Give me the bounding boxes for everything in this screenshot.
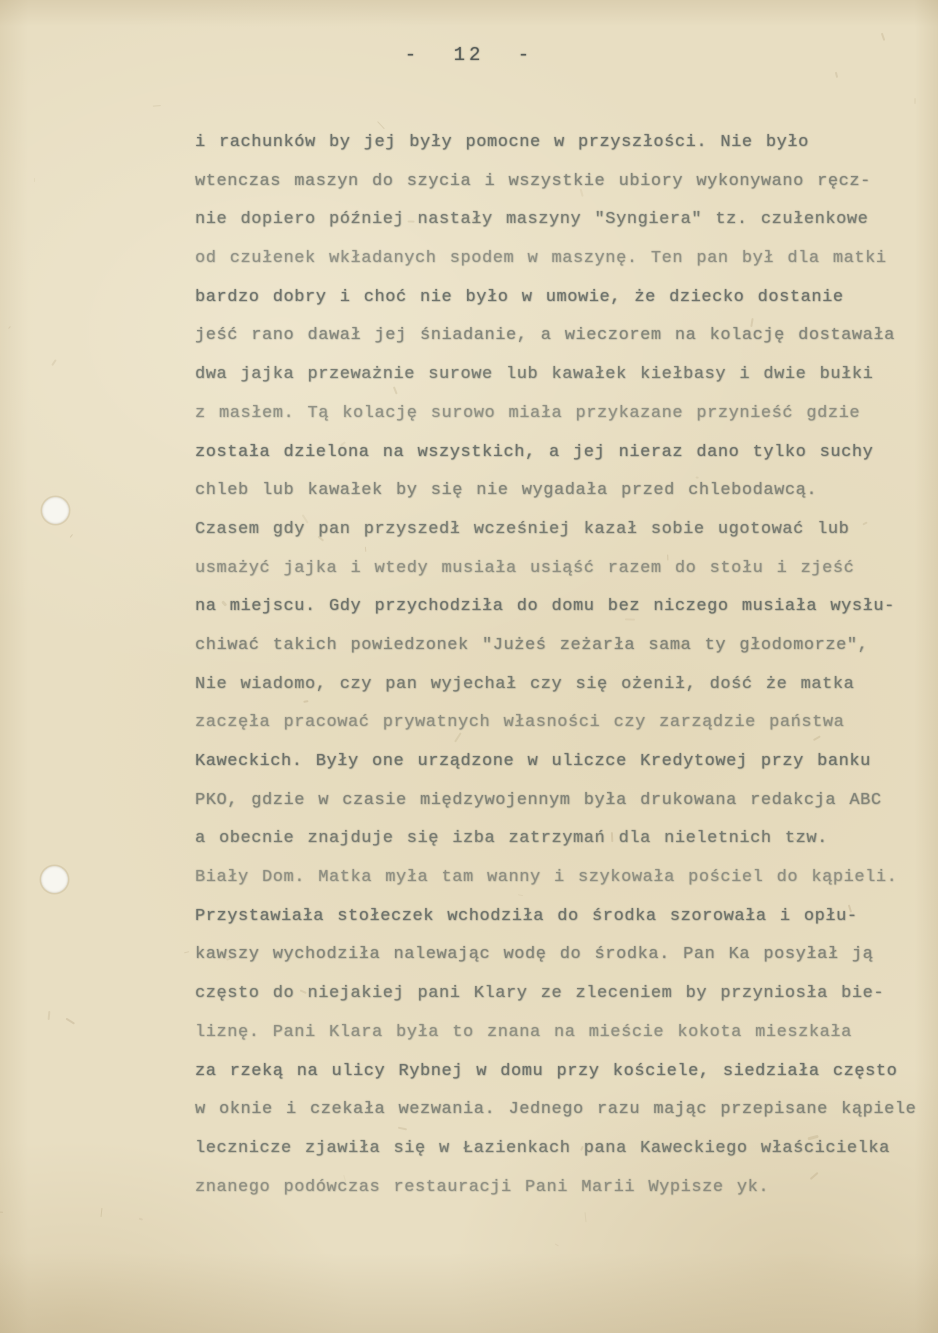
text-line: Nie wiadomo, czy pan wyjechał czy się oż… (195, 666, 895, 705)
text-line: w oknie i czekała wezwania. Jednego razu… (195, 1091, 895, 1130)
paper-speck (0, 1211, 3, 1213)
paper-speck (914, 98, 916, 104)
text-line: nie dopiero później nastały maszyny "Syn… (195, 201, 895, 240)
text-line: chleb lub kawałek by się nie wygadała pr… (195, 472, 895, 511)
page-number: - 12 - (0, 44, 938, 66)
text-line: dwa jajka przeważnie surowe lub kawałek … (195, 356, 895, 395)
text-line: jeść rano dawał jej śniadanie, a wieczor… (195, 317, 895, 356)
paper-speck (51, 359, 56, 366)
typewritten-text-block: i rachunków by jej były pomocne w przysz… (195, 124, 895, 1207)
text-line: liznę. Pani Klara była to znana na mieśc… (195, 1014, 895, 1053)
text-line: z masłem. Tą kolację surowo miała przyka… (195, 395, 895, 434)
paper-speck (8, 326, 11, 329)
paper-speck (34, 178, 35, 182)
text-line: kawszy wychodziła nalewając wodę do środ… (195, 936, 895, 975)
paper-speck (555, 1243, 559, 1246)
paper-speck (153, 105, 161, 107)
text-line: Czasem gdy pan przyszedł wcześniej kazał… (195, 511, 895, 550)
text-line: bardzo dobry i choć nie było w umowie, ż… (195, 279, 895, 318)
text-line: a obecnie znajduje się izba zatrzymań dl… (195, 820, 895, 859)
text-line: od czułenek wkładanych spodem w maszynę.… (195, 240, 895, 279)
text-line: i rachunków by jej były pomocne w przysz… (195, 124, 895, 163)
text-line: Biały Dom. Matka myła tam wanny i szykow… (195, 859, 895, 898)
text-line: Kaweckich. Były one urządzone w uliczce … (195, 743, 895, 782)
text-line: lecznicze zjawiła się w Łazienkach pana … (195, 1130, 895, 1169)
punch-hole-bottom (41, 866, 68, 893)
punch-hole-top (42, 497, 69, 524)
text-line: zaczęła pracować prywatnych własności cz… (195, 704, 895, 743)
paper-speck (70, 534, 73, 538)
text-line: usmażyć jajka i wtedy musiała usiąść raz… (195, 550, 895, 589)
text-line: została dzielona na wszystkich, a jej ni… (195, 434, 895, 473)
document-page: - 12 - i rachunków by jej były pomocne w… (0, 0, 938, 1333)
text-line: chiwać takich powiedzonek "Jużeś zeżarła… (195, 627, 895, 666)
text-line: znanego podówczas restauracji Pani Marii… (195, 1169, 895, 1208)
text-line: za rzeką na ulicy Rybnej w domu przy koś… (195, 1053, 895, 1092)
text-line: wtenczas maszyn do szycia i wszystkie ub… (195, 163, 895, 202)
paper-speck (184, 951, 189, 953)
paper-speck (101, 1208, 103, 1217)
paper-speck (65, 1017, 75, 1024)
paper-speck (48, 1011, 51, 1020)
paper-speck (835, 72, 838, 78)
text-line: często do niejakiej pani Klary ze zlecen… (195, 975, 895, 1014)
text-line: PKO, gdzie w czasie międzywojennym była … (195, 782, 895, 821)
text-line: Przystawiała stołeczek wchodziła do środ… (195, 898, 895, 937)
paper-speck (139, 1218, 143, 1221)
paper-speck (881, 33, 886, 41)
paper-speck (584, 1212, 586, 1222)
text-line: na miejscu. Gdy przychodziła do domu bez… (195, 588, 895, 627)
